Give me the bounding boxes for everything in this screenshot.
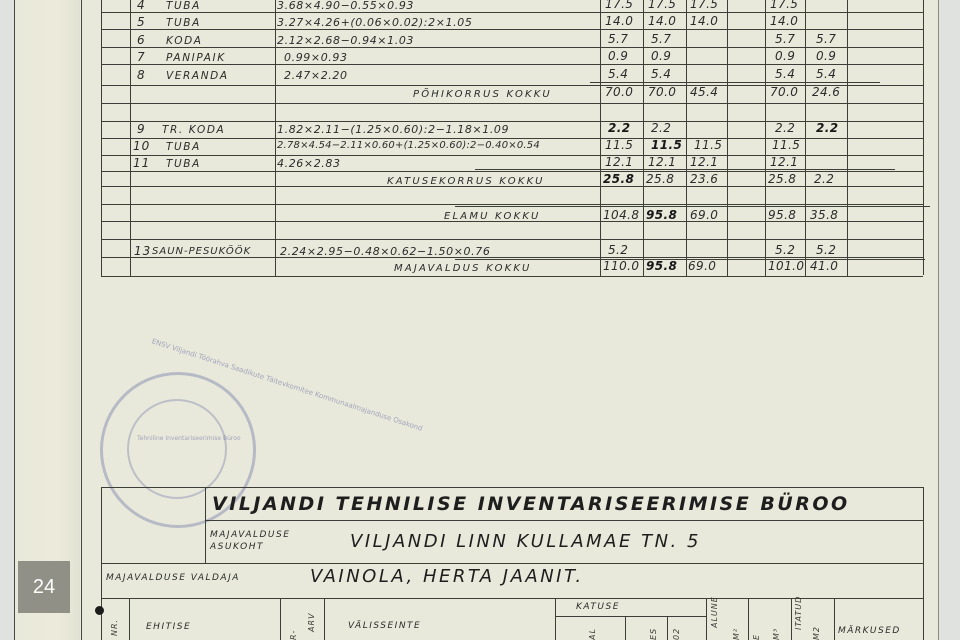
col-roof-sub1: AL [588,628,597,640]
paper-fold [24,0,80,640]
col-walls: VÄLISSEINTE [348,621,421,632]
page-number-badge: 24 [18,561,70,613]
col-nr: NR. [110,619,119,636]
stamp-inner-ring [127,399,227,499]
col-building: EHITISE [146,622,191,633]
owner-value: VAINOLA, HERTA JAANIT. [310,566,584,587]
col-area-under: ALUNE [710,596,719,628]
address-value: VILJANDI LINN KULLAMAE TN. 5 [350,531,701,552]
sheet-edge [14,0,15,640]
col-ary: ARV [307,612,316,632]
owner-label: MAJAVALDUSE VALDAJA [106,573,240,584]
col-remarks: MÄRKUSED [838,626,901,637]
col-volume-unit: M³ [772,628,781,640]
address-label-1: MAJAVALDUSE [210,530,290,541]
col-roof-sub3: 02 [672,628,681,640]
col-area-unit: M² [732,628,741,640]
address-label-2: ASUKOHT [210,542,264,553]
left-margin-line [81,0,82,640]
col-ary-prefix: R- [289,630,298,640]
col-roof-sub2: ES [649,628,658,640]
col-volume-prefix: E [752,634,761,640]
ink-blot [95,606,104,615]
office-title: VILJANDI TEHNILISE INVENTARISEERIMISE BÜ… [212,493,850,515]
col-roof-group: KATUSE [576,602,620,613]
col-heated: ITATUD [794,596,803,630]
col-heated-unit: M2 [812,626,821,640]
right-sheet-edge [938,0,939,640]
